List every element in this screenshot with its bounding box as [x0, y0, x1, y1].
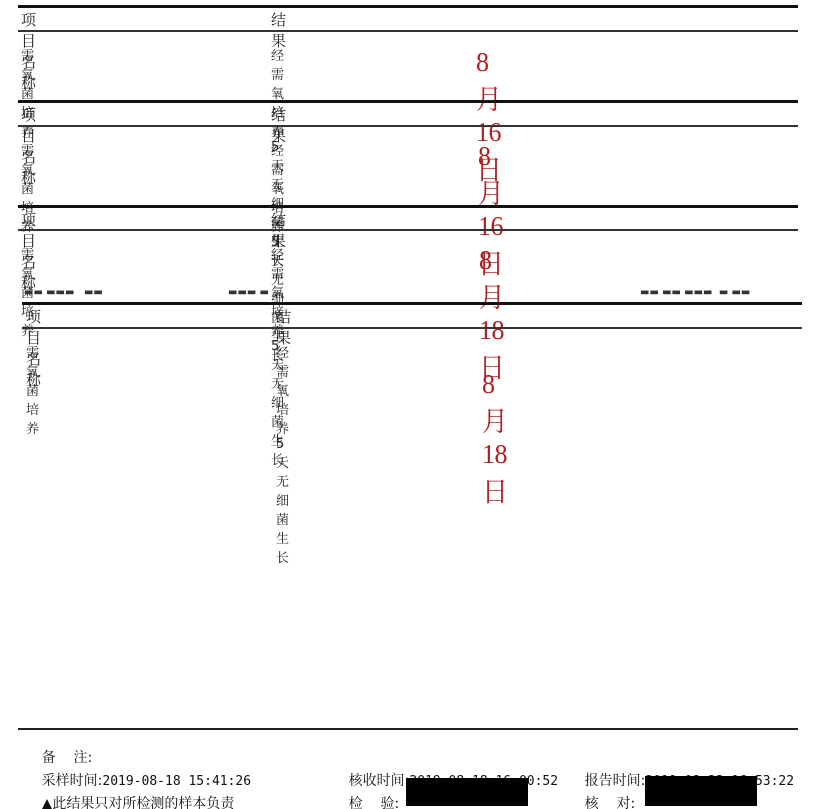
handwritten-date: 8月18日 — [482, 369, 508, 510]
disclaimer-text: ▲此结果只对所检测的样本负责 — [42, 796, 235, 809]
table-top-rule — [18, 5, 798, 8]
header-rule — [18, 229, 798, 231]
inspector-redaction — [406, 778, 528, 806]
footer-rule — [18, 728, 798, 730]
handwritten-date: 8月18日 — [479, 245, 505, 386]
header-rule — [18, 125, 798, 127]
table-top-rule — [18, 100, 798, 103]
item-result: 经需氧培养5天无细菌生长 — [276, 342, 289, 566]
header-rule — [22, 327, 802, 329]
header-rule — [18, 30, 798, 32]
disclaimer: ▲此结果只对所检测的样本负责 — [26, 778, 234, 809]
checker: 核 对: — [569, 778, 635, 809]
checker-label: 核 对: — [585, 796, 636, 809]
inspector-label: 检 验: — [349, 796, 400, 809]
table-top-rule — [22, 302, 802, 305]
cropped-text-fragment: ▬▬ ▬▬▬ ▬▬ — [24, 290, 134, 296]
checker-redaction — [645, 776, 757, 806]
inspector: 检 验: — [333, 778, 399, 809]
table-top-rule — [18, 205, 798, 208]
cropped-text-fragment: ▬▬▬ ▬ — [228, 290, 288, 296]
item-name: 需氧菌培养 — [26, 342, 39, 437]
cropped-text-fragment: ▬▬ ▬▬ ▬▬▬ ▬ ▬▬ — [640, 290, 755, 296]
